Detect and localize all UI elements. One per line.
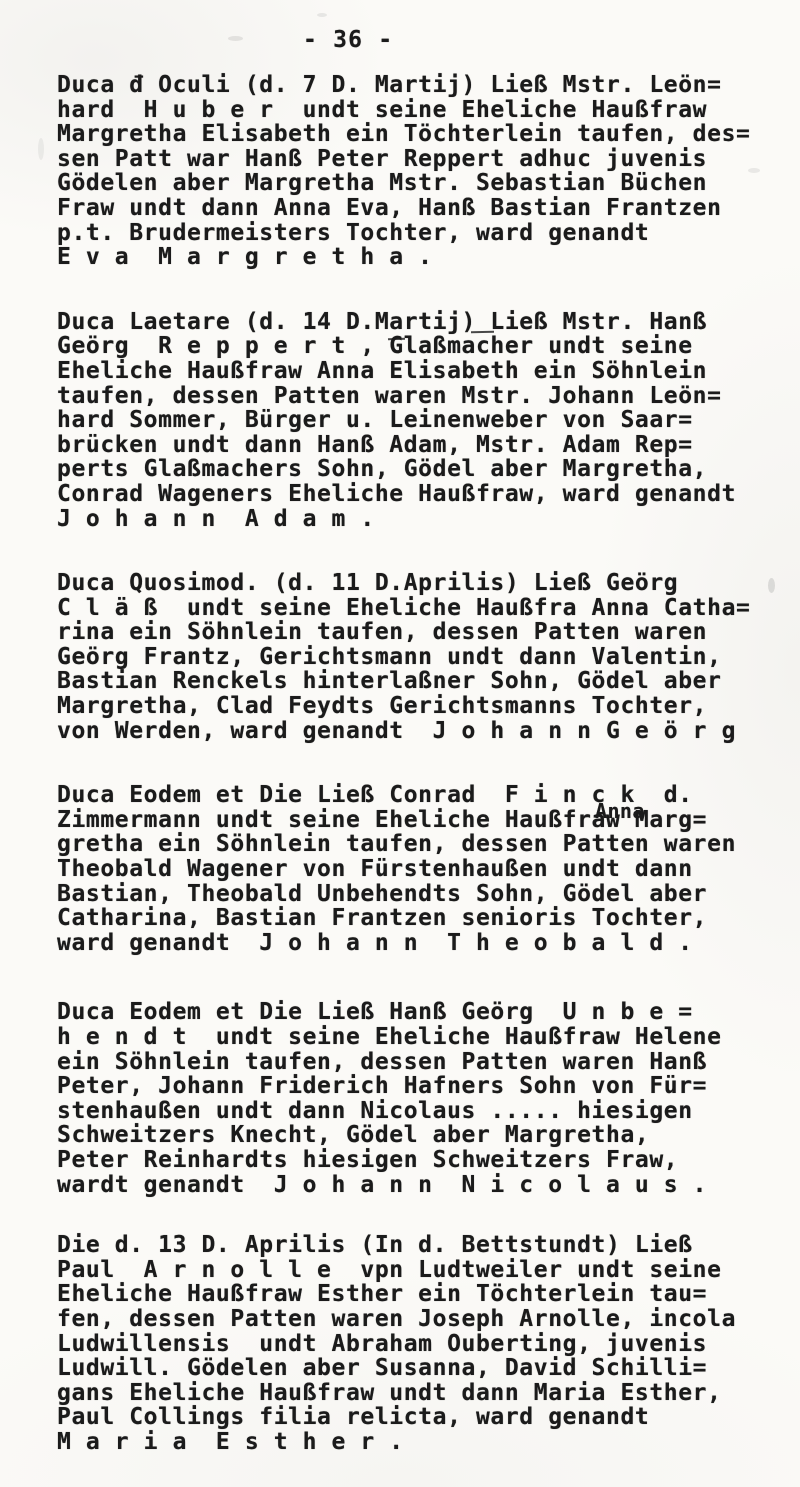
- page-content: Duca đ Oculi (d. 7 D. Martij) Ließ Mstr.…: [57, 73, 772, 1487]
- text-line: p.t. Brudermeisters Tochter, ward genand…: [57, 221, 772, 246]
- text-line: Gödelen aber Margretha Mstr. Sebastian B…: [57, 171, 772, 196]
- text-line: Margretha Elisabeth ein Töchterlein tauf…: [57, 122, 772, 147]
- page-number: - 36 -: [303, 27, 393, 53]
- text-line: Duca Laetare (d. 14 D.Martij) Ließ Mstr.…: [57, 310, 772, 335]
- text-line: Bastian, Theobald Unbehendts Sohn, Gödel…: [57, 882, 772, 907]
- text-line: Zimmermann undt seine Eheliche Haußfraw …: [57, 808, 772, 833]
- text-line: taufen, dessen Patten waren Mstr. Johann…: [57, 384, 772, 409]
- text-line: M a r i a E s t h e r .: [57, 1430, 772, 1455]
- text-line: Peter, Johann Friderich Hafners Sohn von…: [57, 1074, 772, 1099]
- text-line: brücken undt dann Hanß Adam, Mstr. Adam …: [57, 433, 772, 458]
- text-line: gretha ein Söhnlein taufen, dessen Patte…: [57, 832, 772, 857]
- entry-die-13-aprilis: Die d. 13 D. Aprilis (In d. Bettstundt) …: [57, 1233, 772, 1454]
- text-line: Bastian Renckels hinterlaßner Sohn, Göde…: [57, 669, 772, 694]
- scan-speck: [228, 36, 243, 41]
- text-line: E v a M a r g r e t h a .: [57, 245, 772, 270]
- text-line: Margretha, Clad Feydts Gerichtsmanns Toc…: [57, 694, 772, 719]
- scan-speck: [317, 13, 327, 17]
- scan-speck: [768, 578, 775, 593]
- text-line: Eheliche Haußfraw Anna Elisabeth ein Söh…: [57, 359, 772, 384]
- interlinear-insertion: Anna: [595, 799, 645, 823]
- text-line: sen Patt war Hanß Peter Reppert adhuc ju…: [57, 147, 772, 172]
- text-line: Duca đ Oculi (d. 7 D. Martij) Ließ Mstr.…: [57, 73, 772, 98]
- text-line: Conrad Wageners Eheliche Haußfraw, ward …: [57, 482, 772, 507]
- text-line: hard H u b e r undt seine Eheliche Haußf…: [57, 98, 772, 123]
- text-line: Paul Collings filia relicta, ward genand…: [57, 1405, 772, 1430]
- text-line: Catharina, Bastian Frantzen senioris Toc…: [57, 906, 772, 931]
- entry-duca-oculi: Duca đ Oculi (d. 7 D. Martij) Ließ Mstr.…: [57, 73, 772, 270]
- text-line: h e n d t undt seine Eheliche Haußfraw H…: [57, 1025, 772, 1050]
- text-line: fen, dessen Patten waren Joseph Arnolle,…: [57, 1307, 772, 1332]
- text-line: Theobald Wagener von Fürstenhaußen undt …: [57, 857, 772, 882]
- text-line: Geörg R e p p e r t , Glaßmacher undt se…: [57, 334, 772, 359]
- text-line: Paul A r n o l l e vpn Ludtweiler undt s…: [57, 1258, 772, 1283]
- entry-duca-eodem-unbehendt: Duca Eodem et Die Ließ Hanß Geörg U n b …: [57, 1000, 772, 1197]
- text-line: Peter Reinhardts hiesigen Schweitzers Fr…: [57, 1148, 772, 1173]
- text-line: Ludwill. Gödelen aber Susanna, David Sch…: [57, 1356, 772, 1381]
- entry-duca-eodem-finck: Duca Eodem et Die Ließ Conrad F i n c k …: [57, 783, 772, 955]
- text-line: Fraw undt dann Anna Eva, Hanß Bastian Fr…: [57, 196, 772, 221]
- text-line: Duca Quosimod. (d. 11 D.Aprilis) Ließ Ge…: [57, 571, 772, 596]
- text-line: hard Sommer, Bürger u. Leinenweber von S…: [57, 408, 772, 433]
- text-line: ward genandt J o h a n n T h e o b a l d…: [57, 931, 772, 956]
- text-line: gans Eheliche Haußfraw undt dann Maria E…: [57, 1381, 772, 1406]
- text-line: C l ä ß undt seine Eheliche Haußfra Anna…: [57, 596, 772, 621]
- text-line: ein Söhnlein taufen, dessen Patten waren…: [57, 1050, 772, 1075]
- text-line: Schweitzers Knecht, Gödel aber Margretha…: [57, 1123, 772, 1148]
- text-line: wardt genandt J o h a n n N i c o l a u …: [57, 1173, 772, 1198]
- text-line: J o h a n n A d a m .: [57, 507, 772, 532]
- text-line: stenhaußen undt dann Nicolaus ..... hies…: [57, 1099, 772, 1124]
- entry-duca-laetare: Duca Laetare (d. 14 D.Martij) Ließ Mstr.…: [57, 310, 772, 531]
- scanned-page: - 36 - Duca đ Oculi (d. 7 D. Martij) Lie…: [0, 0, 800, 1487]
- text-line: Geörg Frantz, Gerichtsmann undt dann Val…: [57, 645, 772, 670]
- scan-speck: [38, 138, 44, 160]
- text-line: Eheliche Haußfraw Esther ein Töchterlein…: [57, 1282, 772, 1307]
- text-line: perts Glaßmachers Sohn, Gödel aber Margr…: [57, 457, 772, 482]
- text-line: Duca Eodem et Die Ließ Hanß Geörg U n b …: [57, 1000, 772, 1025]
- text-line: rina ein Söhnlein taufen, dessen Patten …: [57, 620, 772, 645]
- text-line: von Werden, ward genandt J o h a n n G e…: [57, 719, 772, 744]
- text-line: Ludwillensis undt Abraham Ouberting, juv…: [57, 1332, 772, 1357]
- entry-duca-quosimod: Duca Quosimod. (d. 11 D.Aprilis) Ließ Ge…: [57, 571, 772, 743]
- overstrike-mark: [388, 337, 405, 340]
- text-line: Duca Eodem et Die Ließ Conrad F i n c k …: [57, 783, 772, 808]
- scan-speck: [748, 168, 760, 173]
- text-line: Die d. 13 D. Aprilis (In d. Bettstundt) …: [57, 1233, 772, 1258]
